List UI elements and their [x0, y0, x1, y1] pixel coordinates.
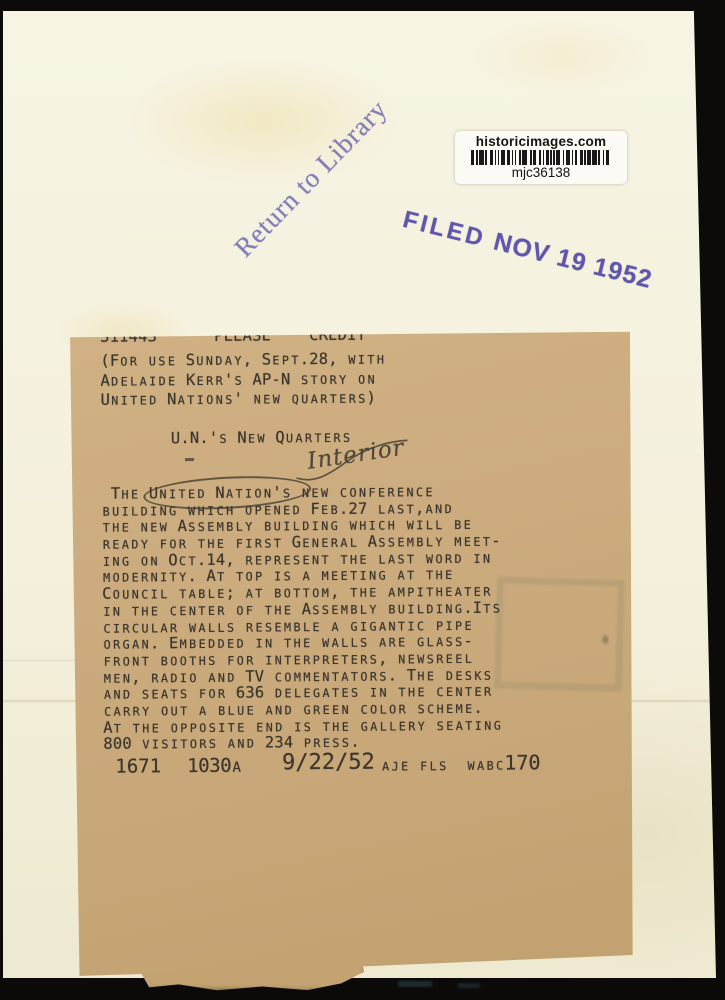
stamp-bleed-dot	[602, 635, 608, 644]
slug-number-2: 1030A	[187, 757, 242, 776]
barcode-code-text: mjc36138	[455, 165, 627, 180]
barcode-site-text: historicimages.com	[455, 134, 627, 149]
ink-smudge	[458, 983, 480, 988]
slug-wire-number: 170	[504, 750, 540, 774]
annotation-flourish-line	[293, 433, 413, 482]
ink-smudge	[398, 981, 432, 987]
typed-header-line: (FOR USE SUNDAY, SEPT.28, WITH	[100, 349, 385, 371]
caption-slip: 311443 PLEASE CREDIT (FOR USE SUNDAY, SE…	[70, 332, 635, 976]
typed-header-line: UNITED NATIONS' NEW QUARTERS)	[100, 388, 385, 410]
barcode-label: historicimages.com mjc36138	[455, 131, 627, 184]
scanned-photo-back: Return to Library historicimages.com mjc…	[0, 0, 725, 1000]
slug-number: 1671	[115, 755, 161, 777]
slug-agency: AJE FLS WABC	[381, 755, 505, 775]
typed-header: (FOR USE SUNDAY, SEPT.28, WITH ADELAIDE …	[100, 349, 385, 410]
slug-date: 9/22/52	[282, 750, 375, 776]
barcode-icon	[465, 150, 617, 165]
slug-line: 16711030A9/22/52AJE FLS WABC170	[115, 750, 540, 778]
typed-body: THE UNITED NATION'S NEW CONFERENCE BUILD…	[101, 483, 502, 753]
body-line: AT THE OPPOSITE END IS THE GALLERY SEATI…	[103, 716, 502, 736]
typed-header-line: ADELAIDE KERR'S AP-N STORY ON	[100, 368, 385, 390]
title-underline-mark	[185, 458, 194, 461]
